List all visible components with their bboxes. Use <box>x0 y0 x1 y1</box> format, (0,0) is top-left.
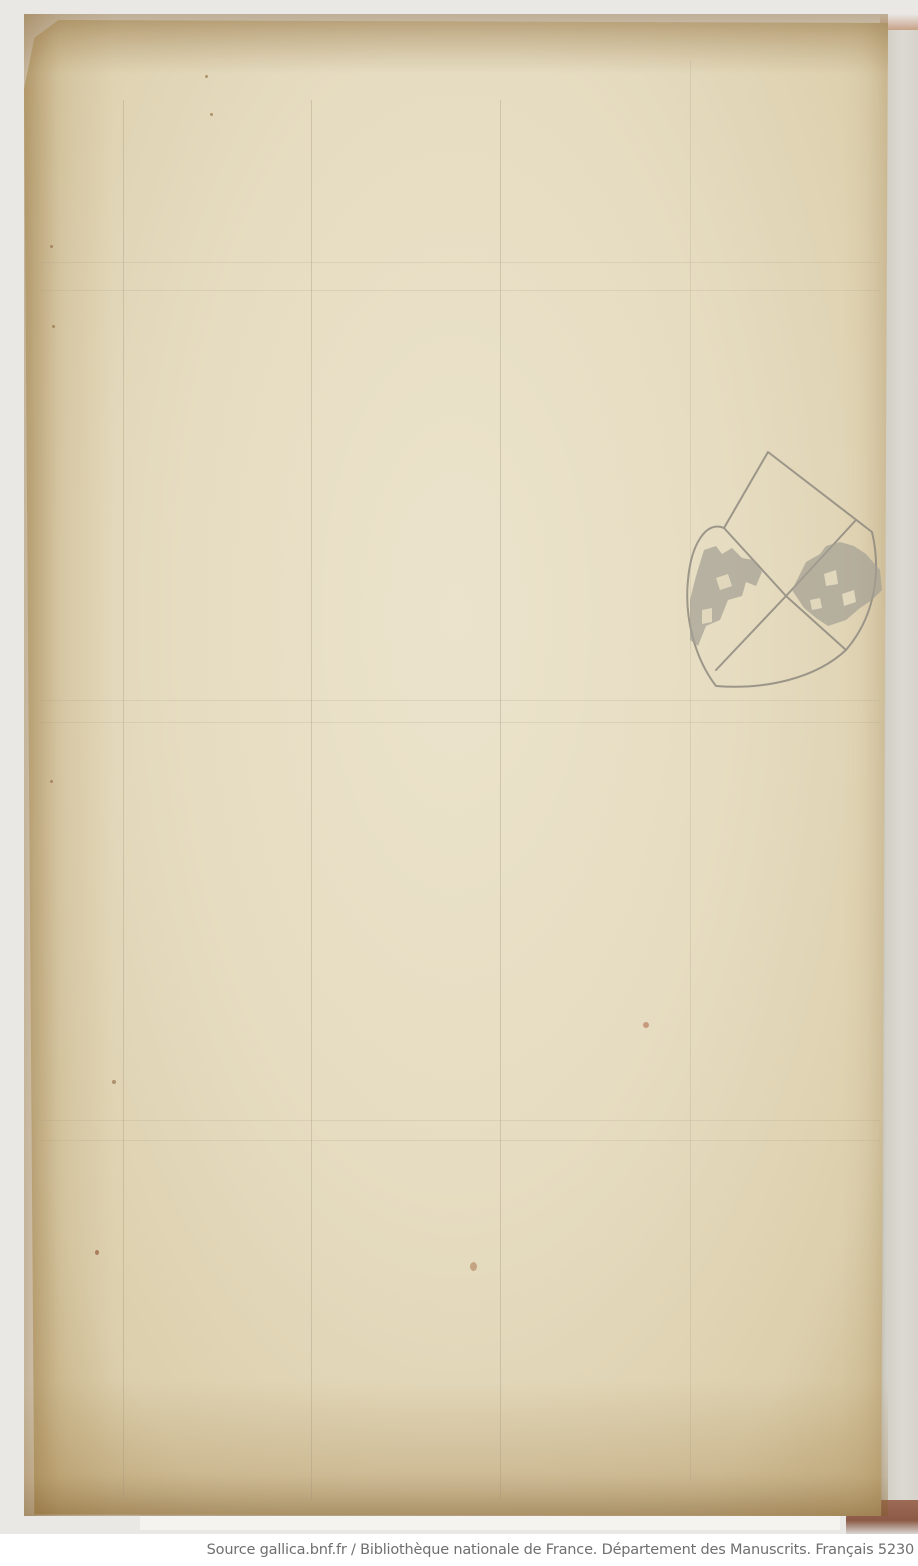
ruling-line-horizontal <box>40 290 880 291</box>
quarter-line <box>716 596 786 670</box>
ruling-line-vertical <box>311 100 312 1500</box>
ruling-line-vertical <box>500 100 501 1500</box>
foxing-spot <box>643 1022 649 1028</box>
ink-spot <box>210 113 213 116</box>
ruling-line-vertical <box>123 100 124 1500</box>
ruling-line-vertical <box>690 60 691 1480</box>
manuscript-scan <box>0 0 918 1534</box>
coat-of-arms-sketch <box>676 450 888 692</box>
foxing-spot <box>95 1250 99 1255</box>
source-attribution-text: Source gallica.bnf.fr / Bibliothèque nat… <box>207 1542 914 1558</box>
ink-spot <box>50 780 53 783</box>
ruling-line-horizontal <box>40 262 880 263</box>
ink-spot <box>205 75 208 78</box>
ink-spot <box>112 1080 116 1084</box>
parchment-folio <box>24 14 888 1516</box>
support-strip <box>140 1515 840 1530</box>
ink-spot <box>50 245 53 248</box>
ink-spot <box>52 325 55 328</box>
castle-charge-left <box>690 546 762 646</box>
ruling-line-horizontal <box>40 1120 880 1121</box>
source-caption-bar: Source gallica.bnf.fr / Bibliothèque nat… <box>0 1534 918 1566</box>
ruling-line-horizontal <box>40 700 880 701</box>
foxing-spot <box>470 1262 477 1271</box>
ruling-line-horizontal <box>40 722 880 723</box>
ruling-line-horizontal <box>40 1140 880 1141</box>
